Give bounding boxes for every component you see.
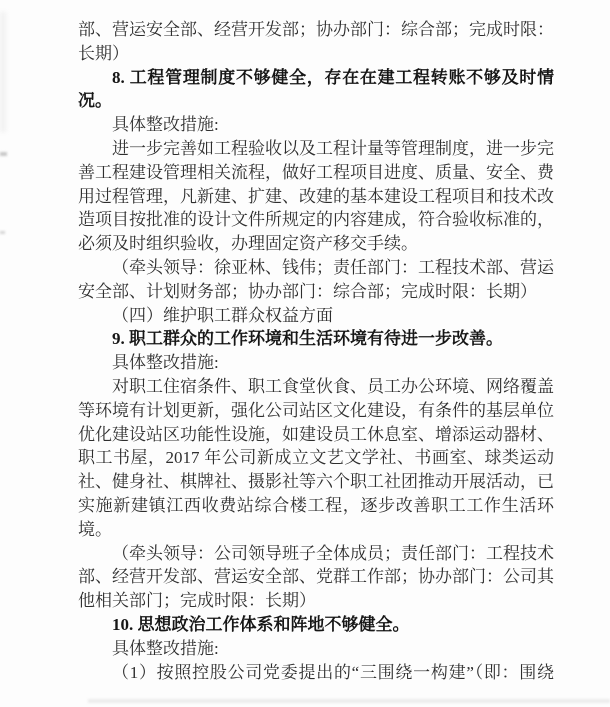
- paragraph-line: 进一步完善如工程验收以及工程计量等管理制度，进一步完: [78, 137, 554, 161]
- paragraph-line: 具体整改措施:: [78, 351, 554, 375]
- paragraph-line: 具体整改措施:: [78, 637, 554, 661]
- paragraph-line: 部、经营开发部、营运安全部、党群工作部；协办部门：公司其: [78, 565, 554, 589]
- paragraph-line: （牵头领导：徐亚林、钱伟；责任部门：工程技术部、营运: [78, 256, 554, 280]
- paragraph-line: 善工程建设管理相关流程，做好工程项目进度、质量、安全、费: [78, 161, 554, 185]
- paragraph-line: 安全部、计划财务部；协办部门：综合部；完成时限：长期）: [78, 280, 554, 304]
- paragraph-line: 对职工住宿条件、职工食堂伙食、员工办公环境、网络覆盖: [78, 375, 554, 399]
- issue-heading-line: 8. 工程管理制度不够健全，存在在建工程转账不够及时情: [78, 66, 554, 90]
- document-text-block: 部、营运安全部、经营开发部；协办部门：综合部；完成时限：长期）8. 工程管理制度…: [78, 18, 554, 684]
- scan-artifact-bottom-strip: [88, 699, 610, 703]
- paragraph-line: 他相关部门；完成时限：长期）: [78, 589, 554, 613]
- paragraph-line: 部、营运安全部、经营开发部；协办部门：综合部；完成时限：: [78, 18, 554, 42]
- issue-heading-line: 况。: [78, 89, 554, 113]
- paragraph-line: 造项目按批准的设计文件所规定的内容建成，符合验收标准的，: [78, 208, 554, 232]
- paragraph-line: 长期）: [78, 42, 554, 66]
- scan-artifact-speck: [0, 231, 5, 234]
- document-page: 部、营运安全部、经营开发部；协办部门：综合部；完成时限：长期）8. 工程管理制度…: [0, 0, 610, 707]
- paragraph-line: 优化建设站区功能性设施，如建设员工休息室、增添运动器材、: [78, 423, 554, 447]
- paragraph-line: 社、健身社、棋牌社、摄影社等六个职工社团推动开展活动，已: [78, 470, 554, 494]
- paragraph-line: 境。: [78, 518, 554, 542]
- scan-artifact-left-band: [0, 12, 6, 132]
- paragraph-line: （四）维护职工群众权益方面: [78, 304, 554, 328]
- paragraph-line: 职工书屋，2017 年公司新成立文艺文学社、书画室、球类运动: [78, 446, 554, 470]
- paragraph-line: 实施新建镇江西收费站综合楼工程，逐步改善职工工作生活环: [78, 494, 554, 518]
- scan-artifact-speck: [0, 152, 7, 156]
- paragraph-line: 必须及时组织验收，办理固定资产移交手续。: [78, 232, 554, 256]
- issue-heading-line: 10. 思想政治工作体系和阵地不够健全。: [78, 613, 554, 637]
- issue-heading-line: 9. 职工群众的工作环境和生活环境有待进一步改善。: [78, 327, 554, 351]
- paragraph-line: 等环境有计划更新，强化公司站区文化建设，有条件的基层单位: [78, 399, 554, 423]
- paragraph-line: （1）按照控股公司党委提出的“三围绕一构建”（即：围绕: [78, 661, 554, 685]
- paragraph-line: 具体整改措施:: [78, 113, 554, 137]
- paragraph-line: （牵头领导：公司领导班子全体成员；责任部门：工程技术: [78, 542, 554, 566]
- paragraph-line: 用过程管理，凡新建、扩建、改建的基本建设工程项目和技术改: [78, 185, 554, 209]
